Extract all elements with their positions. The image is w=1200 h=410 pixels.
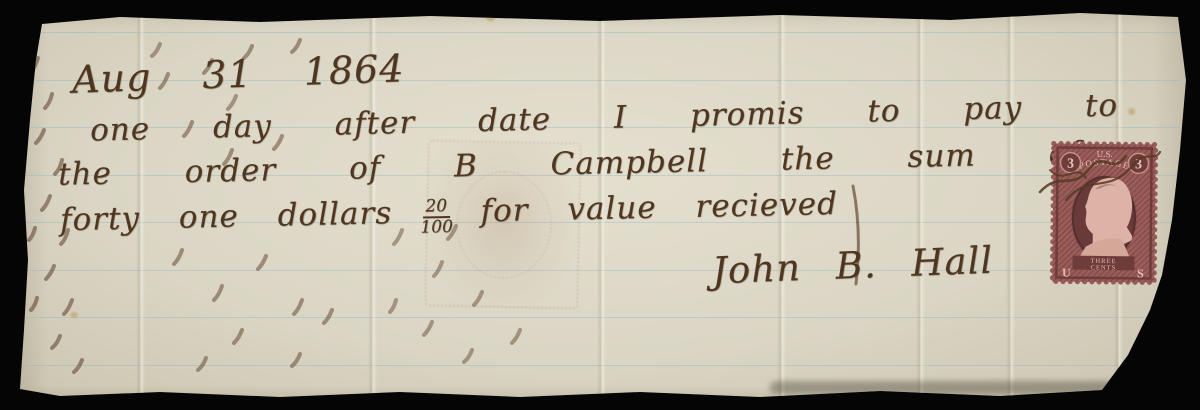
- signature: John B. Hall: [711, 239, 994, 293]
- fold-crease: [916, 0, 925, 410]
- amount-words: forty one dollars: [60, 195, 393, 238]
- handwritten-date: Aug 31 1864: [71, 46, 405, 102]
- stamp-denomination-right: 3: [1135, 157, 1142, 172]
- value-received-phrase: for value recieved: [480, 186, 838, 229]
- stamp-banner-cents: CENTS: [1091, 264, 1117, 271]
- handwritten-line-amount: forty one dollars 20 100 for value recie…: [60, 186, 839, 240]
- fraction-numerator: 20: [422, 198, 450, 219]
- postage-stamp-3-cent: U.S. POSTAGE 3 3 THREE CENTS U: [1045, 136, 1163, 289]
- cents-fraction: 20 100: [420, 198, 453, 237]
- fox-stain: [70, 312, 78, 318]
- edge-soiling: [770, 381, 1120, 394]
- stamp-corner-u: U: [1062, 266, 1071, 280]
- stamp-denomination-left: 3: [1067, 157, 1074, 172]
- note-paper: Aug 31 1864 one day after date I promis …: [0, 0, 1200, 410]
- fraction-denominator: 100: [420, 218, 453, 237]
- fox-stain: [486, 14, 495, 21]
- fold-crease: [1006, 0, 1015, 410]
- fox-stain: [1128, 108, 1135, 115]
- photograph-of-promissory-note: Aug 31 1864 one day after date I promis …: [0, 0, 1200, 410]
- stamp-corner-s: S: [1137, 266, 1144, 280]
